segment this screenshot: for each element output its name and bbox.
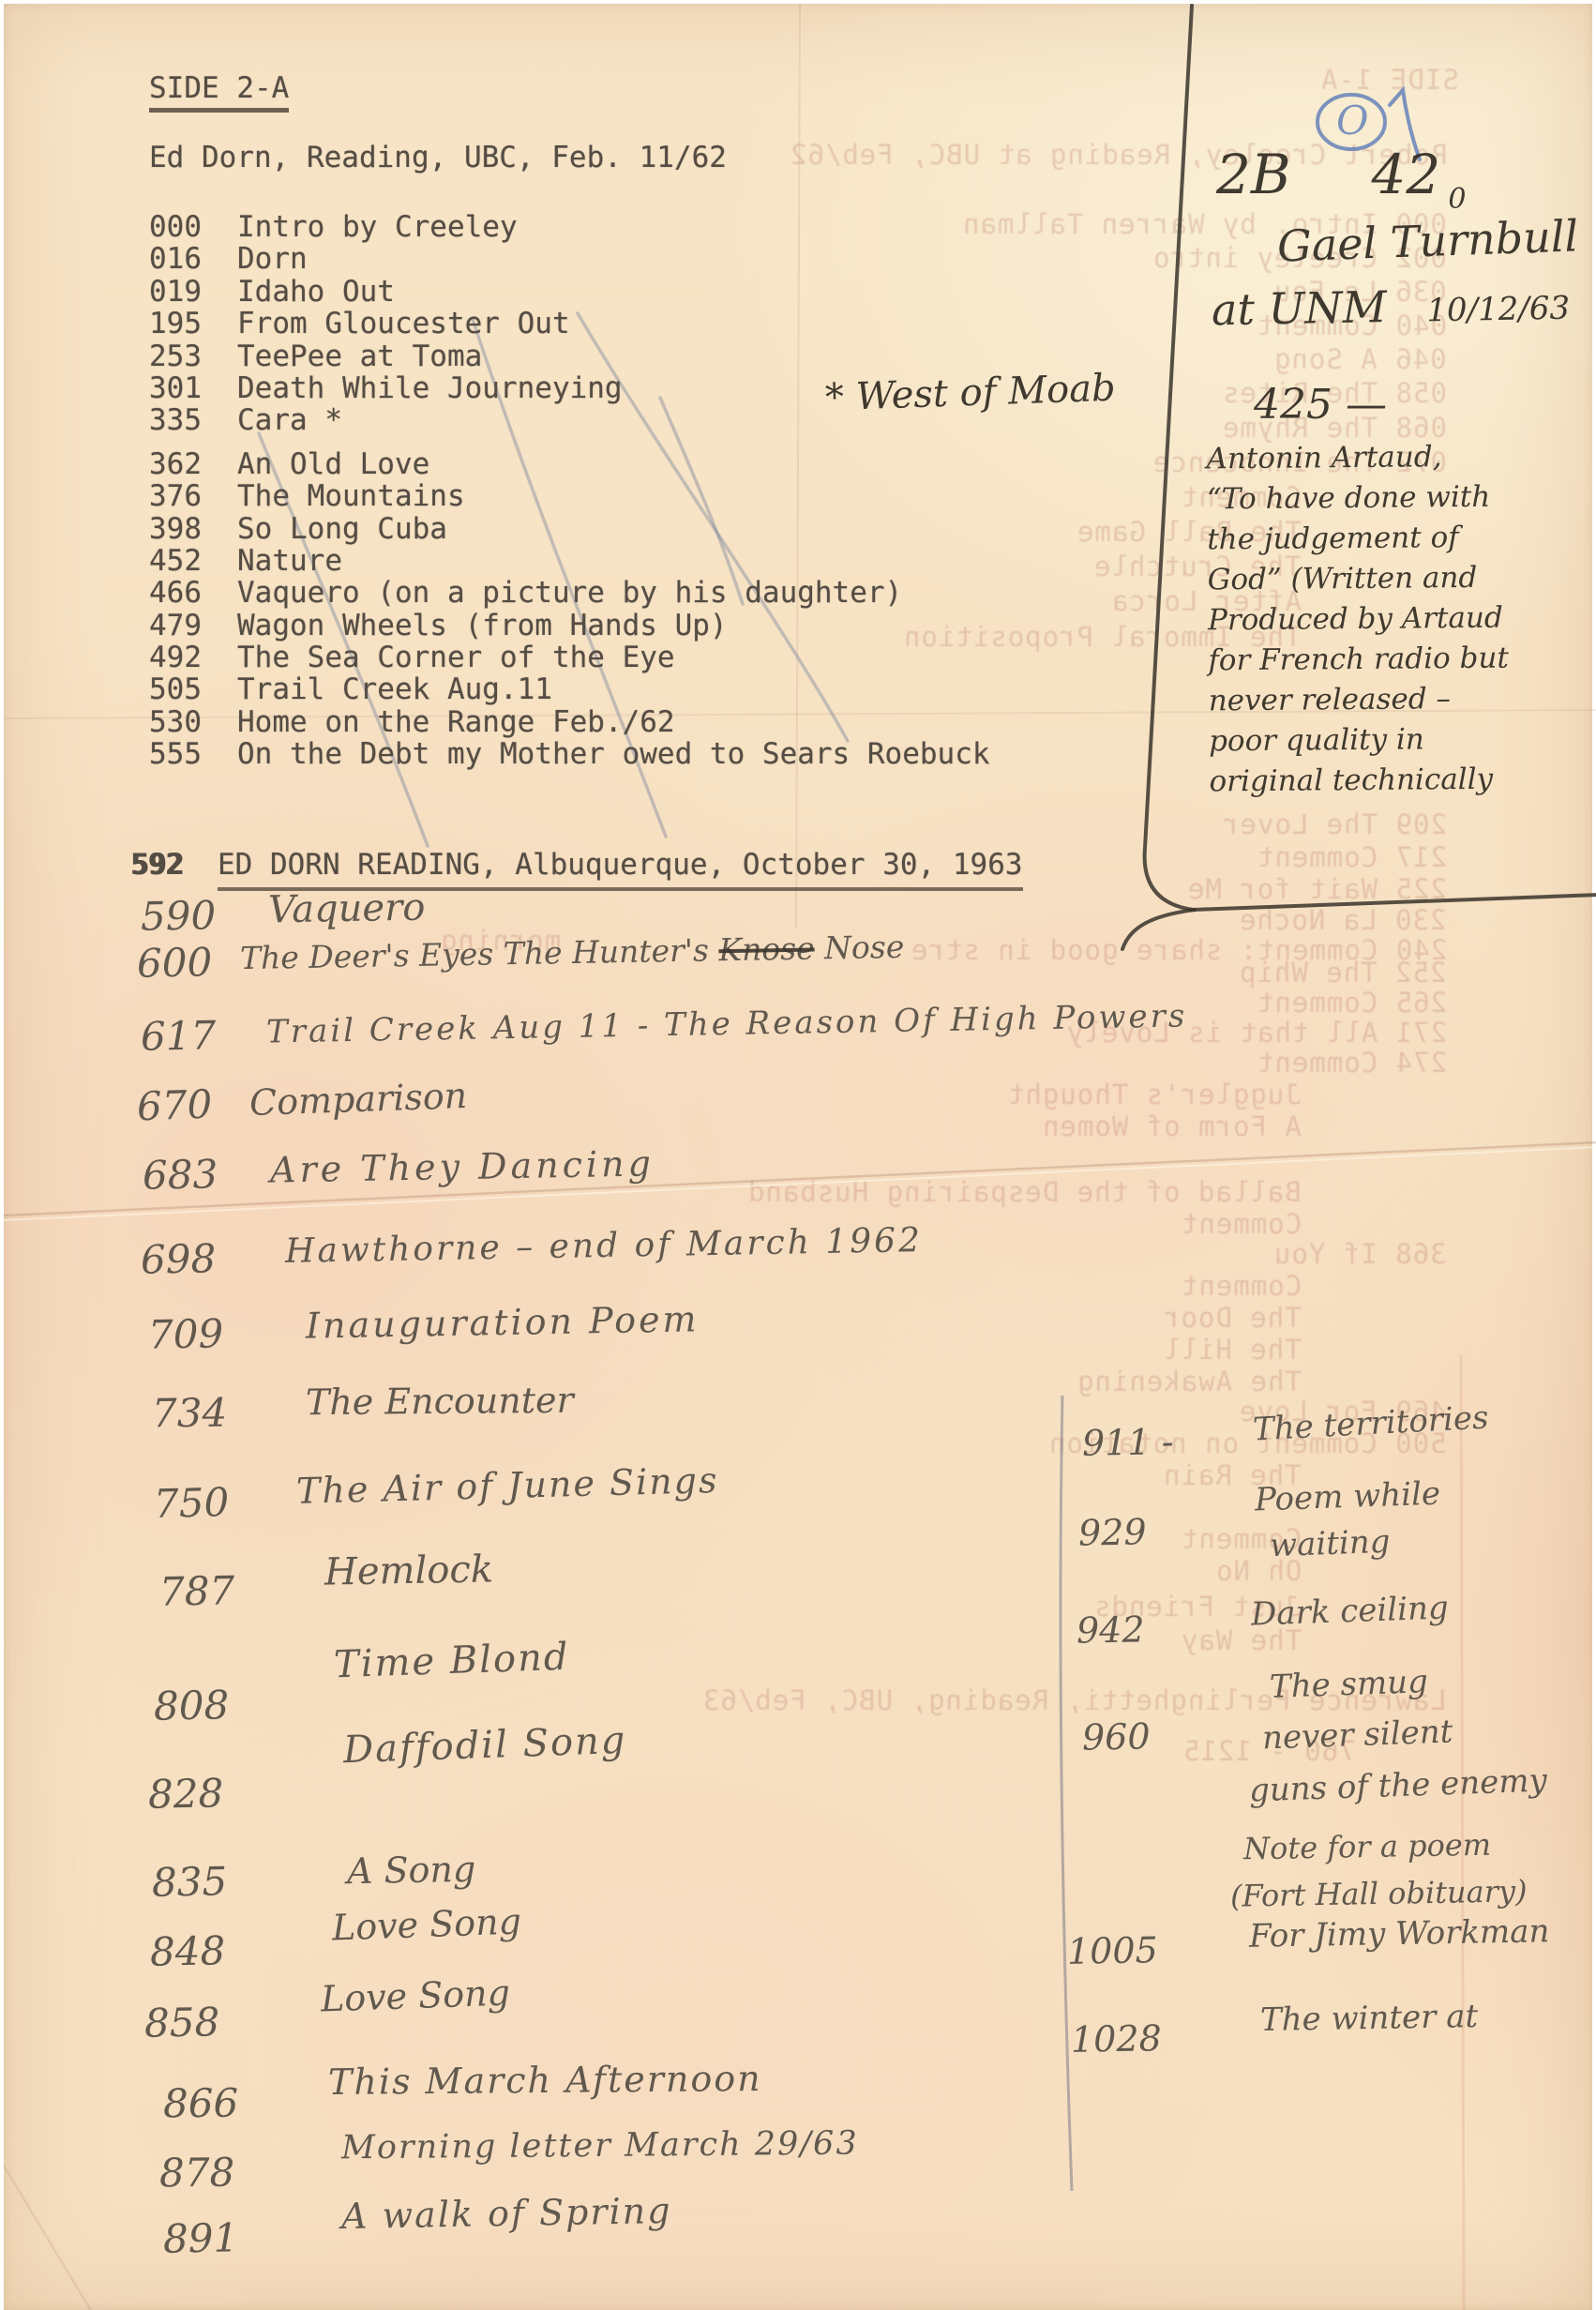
- moab-annotation: * West of Moab: [824, 367, 1116, 420]
- hand-track-number: 683: [143, 1151, 218, 1198]
- hand-track-number: 911 -: [1082, 1421, 1174, 1464]
- typed-track-row: 505Trail Creek Aug.11: [149, 673, 990, 705]
- track-number: 335: [149, 404, 237, 436]
- hand-track-number: 878: [159, 2150, 235, 2197]
- hand-track-number: 848: [150, 1927, 226, 1974]
- typed-track-row: 253TeePee at Toma: [149, 340, 990, 372]
- session1-title: Ed Dorn, Reading, UBC, Feb. 11/62: [149, 141, 727, 174]
- track-number: 362: [149, 448, 237, 480]
- track-title: The Mountains: [237, 479, 465, 513]
- bleedthrough-text: 265 Comment: [1257, 987, 1447, 1019]
- bleedthrough-text: Comment: [1181, 1270, 1302, 1302]
- blue-mark-letter: O: [1336, 98, 1368, 143]
- scanned-document-page: SIDE 1-ARobert Creeley, Reading at UBC, …: [0, 0, 1596, 2310]
- hand-track-title: Vaquero: [268, 886, 426, 932]
- typed-track-row: 492The Sea Corner of the Eye: [149, 642, 990, 673]
- bleedthrough-text: 368 If You: [1273, 1238, 1447, 1270]
- title-part: The Deer's Eyes The Hunter's: [240, 931, 719, 976]
- hand-track-number: 808: [154, 1682, 230, 1729]
- track-number: 016: [149, 243, 237, 275]
- track-title: On the Debt my Mother owed to Sears Roeb…: [237, 737, 990, 771]
- typed-track-row: 452Nature: [149, 545, 990, 577]
- hand-track-title: A Song: [347, 1849, 476, 1892]
- artaud-note: Antonin Artaud, “To have done with the j…: [1206, 437, 1510, 803]
- margin-code-sub: 0: [1448, 183, 1466, 216]
- bleedthrough-text: 225 Wait for Me: [1187, 873, 1447, 905]
- title-part: Nose: [814, 929, 904, 967]
- artaud-note-line: original technically: [1209, 760, 1510, 803]
- hand-track-title: The Encounter: [306, 1380, 574, 1423]
- bleedthrough-text: Juggler's Thought: [1007, 1079, 1302, 1110]
- track-title: An Old Love: [237, 447, 429, 481]
- bleedthrough-text: 217 Comment: [1257, 841, 1447, 873]
- margin-counter: 425 —: [1254, 381, 1387, 429]
- hand-track-title: never silent: [1261, 1713, 1453, 1757]
- hand-track-number: 891: [163, 2214, 239, 2261]
- hand-track-number: 1028: [1071, 2017, 1162, 2061]
- bleedthrough-text: A Form of Women: [1042, 1110, 1302, 1142]
- track-number: 376: [149, 480, 237, 512]
- hand-track-number: 787: [159, 1567, 235, 1614]
- track-number: 019: [149, 276, 237, 308]
- typed-track-row: 398So Long Cuba: [149, 513, 990, 545]
- track-number: 479: [149, 610, 237, 642]
- bleedthrough-text: 209 The Lover: [1222, 808, 1447, 840]
- artaud-note-line: never released –: [1209, 679, 1510, 722]
- hand-track-title: The smug: [1269, 1663, 1428, 1706]
- session1-track-list: 000Intro by Creeley 016Dorn 019Idaho Out…: [149, 211, 990, 771]
- struck-word: Knose: [718, 929, 815, 968]
- session2-number: 592: [130, 848, 183, 882]
- bleedthrough-text: Comment: [1181, 1208, 1302, 1240]
- track-number: 195: [149, 308, 237, 340]
- hand-track-number: 1005: [1067, 1929, 1158, 1972]
- track-title: TeePee at Toma: [237, 340, 482, 373]
- hand-track-number: 960: [1082, 1715, 1151, 1758]
- bleedthrough-text: Ballad of the Despairing Husband: [747, 1176, 1302, 1208]
- track-number: 530: [149, 706, 237, 738]
- column-divider-line: [1061, 1396, 1072, 2191]
- hand-track-title: waiting: [1269, 1523, 1391, 1564]
- margin-name: Gael Turnbull: [1276, 210, 1579, 271]
- margin-code-line: 2B420: [1216, 143, 1458, 206]
- bleedthrough-text: The Awakening: [1077, 1366, 1302, 1397]
- track-title: Cara *: [237, 403, 342, 437]
- margin-code-b: 42: [1372, 143, 1441, 206]
- bleedthrough-text: 046 A Song: [1273, 343, 1447, 375]
- margin-place: at UNM: [1212, 281, 1388, 335]
- artaud-note-line: poor quality in: [1209, 719, 1510, 762]
- track-number: 505: [149, 673, 237, 705]
- hand-track-number: 828: [148, 1770, 224, 1817]
- hand-track-number: 734: [152, 1390, 228, 1437]
- hand-track-title: Hawthorne – end of March 1962: [285, 1221, 924, 1271]
- track-title: The Sea Corner of the Eye: [237, 641, 675, 674]
- hand-track-title: Daffodil Song: [342, 1719, 627, 1773]
- typed-track-row: 530Home on the Range Feb./62: [149, 706, 990, 738]
- hand-track-number: 698: [141, 1235, 217, 1282]
- track-title: Wagon Wheels (from Hands Up): [237, 609, 728, 642]
- artaud-note-line: Antonin Artaud,: [1206, 437, 1507, 480]
- track-number: 466: [149, 577, 237, 609]
- hand-track-title: The Air of June Sings: [296, 1459, 719, 1512]
- hand-track-title: Dark ceiling: [1250, 1589, 1449, 1633]
- track-title: From Gloucester Out: [237, 307, 570, 340]
- hand-track-number: 709: [148, 1310, 224, 1357]
- hand-track-title: Morning letter March 29/63: [341, 2125, 859, 2167]
- bleedthrough-text: 252 The Whip: [1239, 957, 1447, 989]
- typed-track-row: 195From Gloucester Out: [149, 308, 990, 340]
- hand-track-number: 929: [1078, 1511, 1147, 1553]
- hand-track-number: 835: [152, 1858, 228, 1905]
- track-number: 000: [149, 211, 237, 243]
- track-title: Death While Journeying: [237, 371, 623, 405]
- hand-track-number: 858: [144, 1999, 220, 2046]
- typed-track-row: 479Wagon Wheels (from Hands Up): [149, 610, 990, 642]
- artaud-note-line: God” (Written and: [1207, 558, 1508, 601]
- track-title: Trail Creek Aug.11: [237, 672, 552, 706]
- typed-track-row: 555On the Debt my Mother owed to Sears R…: [149, 738, 990, 770]
- hand-track-title: guns of the enemy: [1248, 1761, 1547, 1809]
- track-title: So Long Cuba: [237, 512, 447, 546]
- hand-track-number: 750: [153, 1479, 229, 1527]
- hand-track-title: Are They Dancing: [270, 1142, 655, 1190]
- hand-track-title: A walk of Spring: [341, 2190, 672, 2237]
- typed-track-row: 000Intro by Creeley: [149, 211, 990, 243]
- track-number: 301: [149, 372, 237, 404]
- hand-track-title: Poem while: [1254, 1475, 1440, 1519]
- hand-track-title: (Fort Hall obituary): [1230, 1873, 1528, 1914]
- side-label: SIDE 2-A: [149, 71, 289, 113]
- track-number: 253: [149, 340, 237, 372]
- hand-track-title: The winter at: [1260, 1998, 1479, 2039]
- hand-track-title: Comparison: [248, 1075, 468, 1124]
- bleedthrough-text: The Hill: [1163, 1334, 1302, 1366]
- bleedthrough-text: SIDE 1-A: [1320, 64, 1459, 96]
- track-title: Intro by Creeley: [237, 210, 518, 244]
- hand-track-title: Inauguration Poem: [306, 1298, 700, 1346]
- hand-track-title: Love Song: [320, 1971, 510, 2019]
- session2-title: ED DORN READING, Albuquerque, October 30…: [218, 848, 1023, 891]
- typed-track-row: 016Dorn: [149, 243, 990, 275]
- margin-code-a: 2B: [1216, 143, 1291, 206]
- track-number: 398: [149, 513, 237, 545]
- track-number: 452: [149, 545, 237, 577]
- bleedthrough-text: 274 Comment: [1257, 1047, 1447, 1079]
- bleedthrough-text: The Door: [1163, 1302, 1302, 1334]
- hand-track-title: Note for a poem: [1243, 1827, 1492, 1867]
- typed-track-row: 466Vaquero (on a picture by his daughter…: [149, 577, 990, 609]
- hand-track-title: Trail Creek Aug 11 - The Reason Of High …: [266, 997, 1188, 1050]
- artaud-note-line: Produced by Artaud: [1208, 598, 1509, 642]
- artaud-note-line: the judgement of: [1207, 518, 1508, 561]
- hand-track-title: Love Song: [331, 1900, 521, 1948]
- typed-track-row: 362An Old Love: [149, 448, 990, 480]
- paper-background: SIDE 1-ARobert Creeley, Reading at UBC, …: [4, 4, 1592, 2310]
- track-title: Home on the Range Feb./62: [237, 705, 675, 739]
- track-title: Vaquero (on a picture by his daughter): [237, 576, 902, 610]
- hand-track-title: Time Blond: [333, 1636, 570, 1687]
- track-title: Idaho Out: [237, 275, 395, 309]
- hand-track-number: 600: [137, 939, 213, 986]
- hand-track-number: 670: [136, 1081, 213, 1130]
- hand-track-title: Hemlock: [324, 1548, 494, 1593]
- hand-track-number: 942: [1077, 1608, 1145, 1651]
- typed-track-row: 376The Mountains: [149, 480, 990, 512]
- hand-track-title: For Jimy Workman: [1249, 1912, 1550, 1955]
- hand-track-number: 590: [141, 892, 217, 939]
- margin-date: 10/12/63: [1426, 290, 1570, 330]
- hand-track-number: 866: [163, 2080, 239, 2127]
- hand-track-number: 617: [141, 1012, 217, 1059]
- margin-place-line: at UNM 10/12/63: [1212, 279, 1571, 336]
- artaud-note-line: “To have done with: [1207, 477, 1508, 521]
- hand-track-title: This March Afternoon: [328, 2058, 762, 2103]
- artaud-note-line: for French radio but: [1208, 639, 1509, 682]
- track-title: Dorn: [237, 242, 308, 276]
- track-number: 555: [149, 738, 237, 770]
- typed-track-row: 019Idaho Out: [149, 276, 990, 308]
- bleedthrough-text: 230 La Noche: [1239, 904, 1447, 936]
- track-number: 492: [149, 642, 237, 673]
- hand-track-title: The Deer's Eyes The Hunter's Knose Nose: [240, 929, 905, 976]
- track-title: Nature: [237, 544, 342, 578]
